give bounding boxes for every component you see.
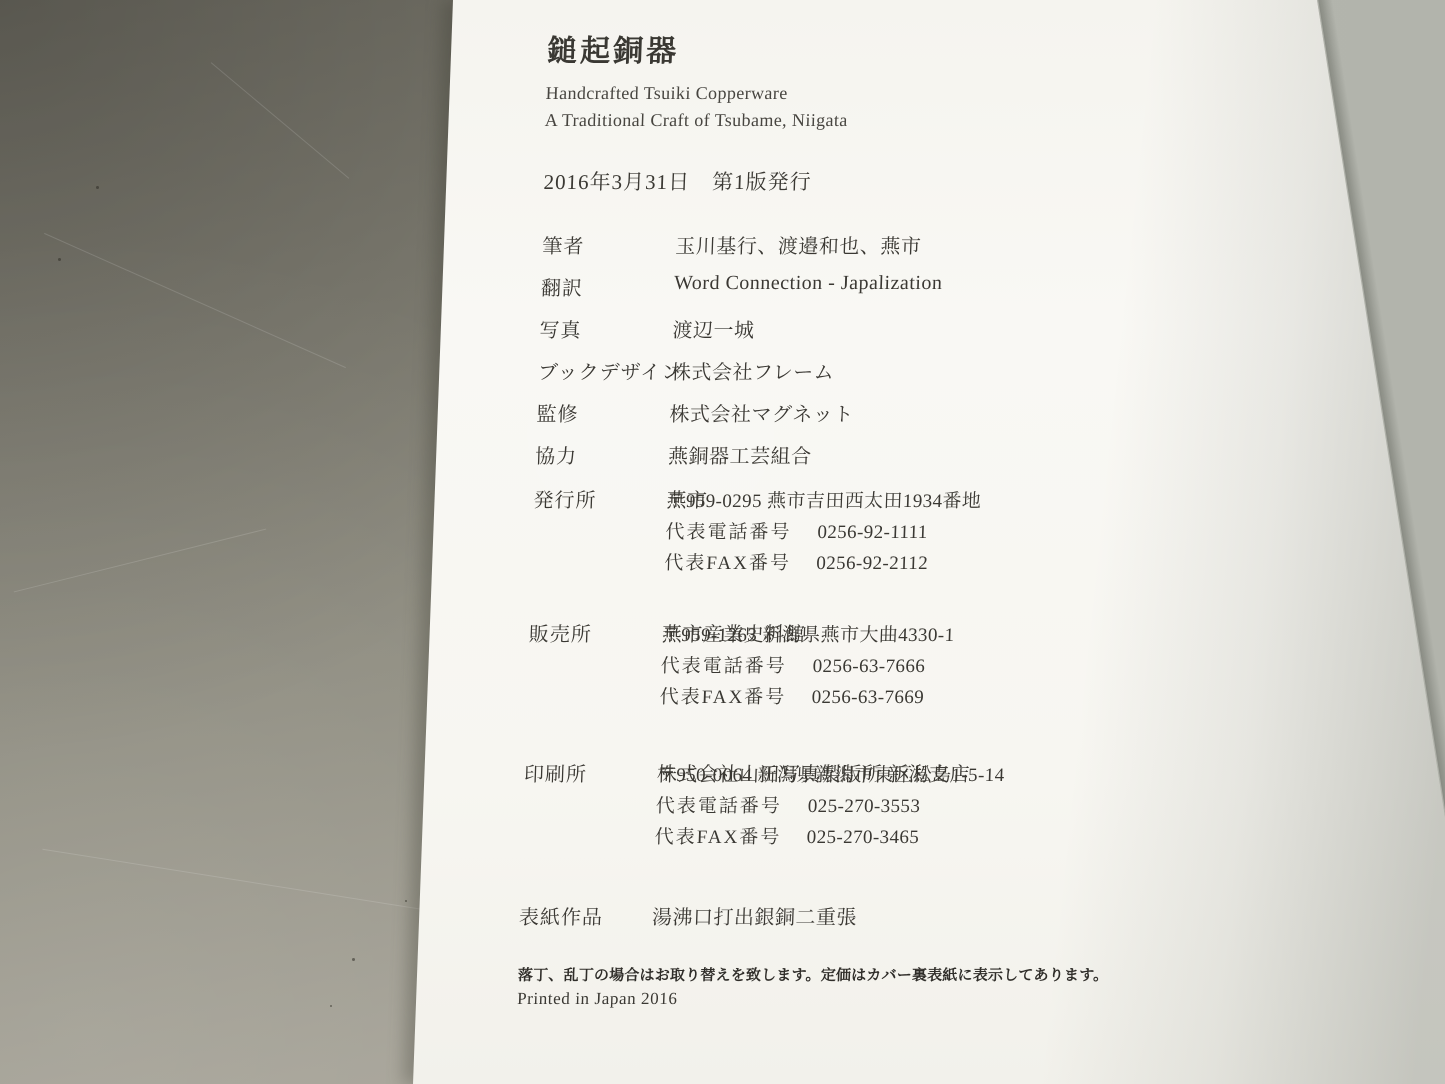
tel-number: 025-270-3553: [807, 796, 920, 817]
fax-label: 代表FAX番号: [659, 682, 812, 713]
edition-date-line: 2016年3月31日 第1版発行: [543, 166, 812, 196]
tel-number: 0256-63-7666: [812, 656, 925, 677]
office-address: 〒959-0295 燕市吉田西太田1934番地: [666, 486, 1334, 517]
subtitle-line-2: A Traditional Craft of Tsubame, Niigata: [544, 107, 848, 134]
office-fax-line: 代表FAX番号025-270-3465: [654, 822, 1322, 853]
fax-number: 0256-92-2112: [816, 553, 928, 574]
tel-label: 代表電話番号: [655, 791, 808, 822]
office-block-publisher: 発行所 燕市 〒959-0295 燕市吉田西太田1934番地 代表電話番号025…: [531, 486, 1334, 579]
credit-label: 筆者: [542, 230, 585, 259]
credit-value: 燕銅器工芸組合: [668, 440, 813, 469]
credit-label: 協力: [535, 440, 578, 469]
office-fax-line: 代表FAX番号0256-92-2112: [664, 548, 1332, 579]
fax-number: 0256-63-7669: [811, 687, 924, 708]
office-tel-line: 代表電話番号0256-63-7666: [660, 651, 1328, 682]
credit-value: 株式会社フレーム: [671, 356, 835, 385]
fax-label: 代表FAX番号: [664, 548, 817, 579]
credit-label: 翻訳: [540, 272, 583, 301]
office-label: 発行所: [533, 486, 597, 517]
colophon-content: 鎚起銅器 Handcrafted Tsuiki Copperware A Tra…: [0, 0, 1445, 1084]
subtitle-line-1: Handcrafted Tsuiki Copperware: [545, 80, 849, 107]
office-name: 燕市: [666, 486, 708, 517]
book-title-japanese: 鎚起銅器: [547, 26, 681, 70]
cover-work-label: 表紙作品: [519, 901, 604, 930]
fax-number: 025-270-3465: [806, 827, 919, 848]
office-label: 販売所: [528, 620, 592, 651]
tel-label: 代表電話番号: [665, 517, 818, 548]
credit-label: 写真: [539, 314, 582, 343]
office-block-printer: 印刷所 株式会社山田写真製版所 新潟支店 〒950-0064 新潟県新潟市東区松…: [521, 760, 1324, 853]
credit-label: 監修: [536, 398, 579, 427]
tel-label: 代表電話番号: [660, 651, 813, 682]
office-block-seller: 販売所 燕市産業史料館 〒959-1263 新潟県燕市大曲4330-1 代表電話…: [526, 620, 1329, 713]
cover-work-value: 湯沸口打出銀銅二重張: [652, 901, 858, 930]
defect-replacement-note: 落丁、乱丁の場合はお取り替えを致します。定価はカバー裏表紙に表示してあります。: [518, 964, 1109, 985]
office-name: 燕市産業史料館: [661, 620, 806, 651]
printed-in-japan-line: Printed in Japan 2016: [517, 989, 678, 1009]
credit-value: 玉川基行、渡邉和也、燕市: [675, 230, 922, 259]
book-subtitle-english: Handcrafted Tsuiki Copperware A Traditio…: [544, 80, 849, 134]
photo-scene: 鎚起銅器 Handcrafted Tsuiki Copperware A Tra…: [0, 0, 1445, 1084]
credit-label: ブックデザイン: [538, 356, 683, 385]
office-fax-line: 代表FAX番号0256-63-7669: [659, 682, 1327, 713]
tel-number: 0256-92-1111: [817, 522, 928, 543]
office-tel-line: 代表電話番号0256-92-1111: [665, 517, 1333, 548]
office-tel-line: 代表電話番号025-270-3553: [655, 791, 1323, 822]
office-name: 株式会社山田写真製版所 新潟支店: [656, 760, 970, 791]
office-label: 印刷所: [523, 760, 587, 791]
credit-value: Word Connection - Japalization: [674, 272, 943, 295]
credit-value: 渡辺一城: [672, 314, 755, 343]
fax-label: 代表FAX番号: [654, 822, 807, 853]
credit-value: 株式会社マグネット: [669, 398, 854, 427]
